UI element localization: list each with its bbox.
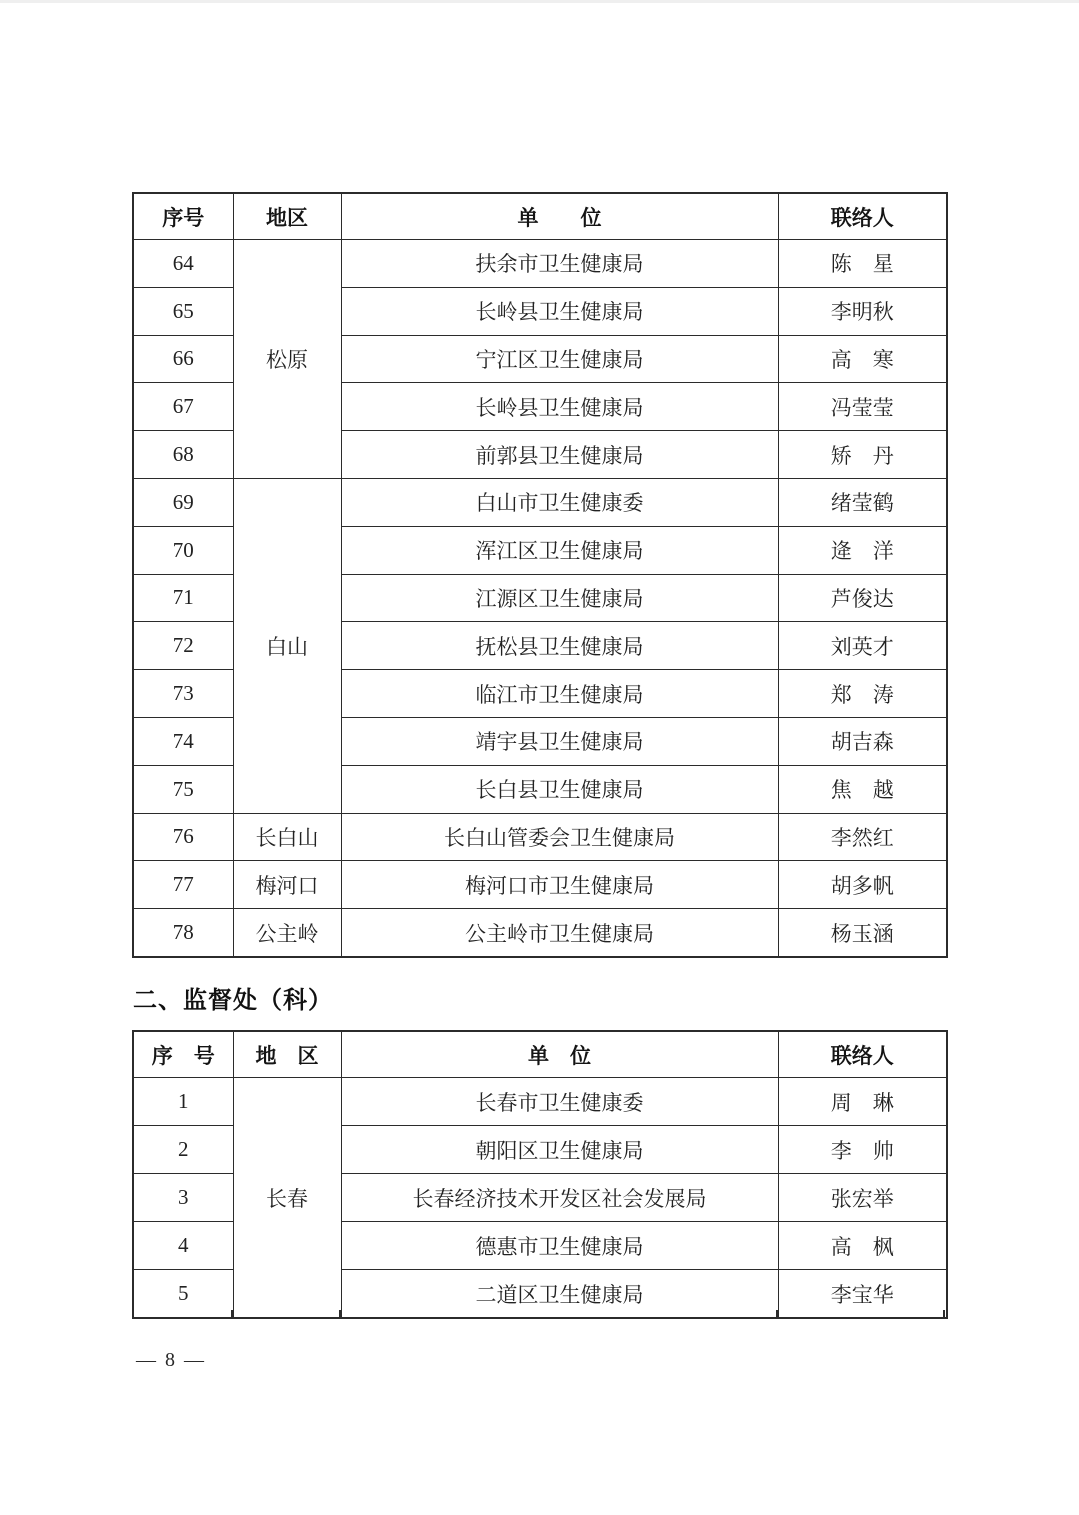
contact-cell: 杨玉涵 <box>778 909 947 957</box>
contact-cell: 张宏举 <box>778 1174 947 1222</box>
contact-cell: 焦 越 <box>778 765 947 813</box>
table-continuation-stub <box>943 1310 945 1317</box>
seq-cell: 73 <box>133 670 233 718</box>
contact-cell: 冯莹莹 <box>778 383 947 431</box>
contact-cell: 逄 洋 <box>778 526 947 574</box>
table-continuation-stub <box>132 1310 134 1317</box>
contact-cell: 李宝华 <box>778 1270 947 1319</box>
seq-cell: 2 <box>133 1126 233 1174</box>
table-continuation-stub <box>231 1310 233 1317</box>
unit-cell: 长岭县卫生健康局 <box>341 287 778 335</box>
unit-cell: 长白山管委会卫生健康局 <box>341 813 778 861</box>
unit-cell: 二道区卫生健康局 <box>341 1270 778 1319</box>
seq-cell: 69 <box>133 478 233 526</box>
header-contact: 联络人 <box>778 1031 947 1078</box>
header-unit: 单 位 <box>341 1031 778 1078</box>
page-number: — 8 — <box>136 1349 206 1372</box>
contact-cell: 胡多帆 <box>778 861 947 909</box>
seq-cell: 68 <box>133 431 233 479</box>
unit-cell: 长岭县卫生健康局 <box>341 383 778 431</box>
contact-cell: 周 琳 <box>778 1078 947 1126</box>
seq-cell: 75 <box>133 765 233 813</box>
seq-cell: 64 <box>133 240 233 288</box>
section-heading: 二、监督处（科） <box>133 980 333 1015</box>
unit-cell: 抚松县卫生健康局 <box>341 622 778 670</box>
contacts-table-section2: 序 号 地 区 单 位 联络人 1 长春 长春市卫生健康委 周 琳 2 朝阳区卫… <box>132 1030 948 1319</box>
contact-cell: 陈 星 <box>778 240 947 288</box>
contact-cell: 高 寒 <box>778 335 947 383</box>
contact-cell: 绪莹鹤 <box>778 478 947 526</box>
seq-cell: 65 <box>133 287 233 335</box>
table-continuation-stub <box>776 1310 778 1317</box>
region-cell: 松原 <box>233 240 341 479</box>
contact-cell: 高 枫 <box>778 1222 947 1270</box>
unit-cell: 前郭县卫生健康局 <box>341 431 778 479</box>
page-top-edge <box>0 0 1079 3</box>
table-header-row: 序 号 地 区 单 位 联络人 <box>133 1031 947 1078</box>
header-unit: 单 位 <box>341 193 778 240</box>
unit-cell: 公主岭市卫生健康局 <box>341 909 778 957</box>
unit-cell: 朝阳区卫生健康局 <box>341 1126 778 1174</box>
unit-cell: 长春市卫生健康委 <box>341 1078 778 1126</box>
unit-cell: 白山市卫生健康委 <box>341 478 778 526</box>
table-row: 77 梅河口 梅河口市卫生健康局 胡多帆 <box>133 861 947 909</box>
unit-cell: 临江市卫生健康局 <box>341 670 778 718</box>
table-row: 78 公主岭 公主岭市卫生健康局 杨玉涵 <box>133 909 947 957</box>
unit-cell: 长春经济技术开发区社会发展局 <box>341 1174 778 1222</box>
header-seq: 序号 <box>133 193 233 240</box>
seq-cell: 71 <box>133 574 233 622</box>
seq-cell: 67 <box>133 383 233 431</box>
region-cell: 长春 <box>233 1078 341 1319</box>
header-seq: 序 号 <box>133 1031 233 1078</box>
contact-cell: 李 帅 <box>778 1126 947 1174</box>
seq-cell: 77 <box>133 861 233 909</box>
region-cell: 白山 <box>233 478 341 813</box>
contact-cell: 矫 丹 <box>778 431 947 479</box>
header-region: 地 区 <box>233 1031 341 1078</box>
unit-cell: 靖宇县卫生健康局 <box>341 717 778 765</box>
document-page: 序号 地区 单 位 联络人 64 松原 扶余市卫生健康局 陈 星 65 长岭县卫… <box>0 0 1079 1515</box>
region-cell: 梅河口 <box>233 861 341 909</box>
seq-cell: 4 <box>133 1222 233 1270</box>
unit-cell: 扶余市卫生健康局 <box>341 240 778 288</box>
seq-cell: 70 <box>133 526 233 574</box>
table-header-row: 序号 地区 单 位 联络人 <box>133 193 947 240</box>
seq-cell: 1 <box>133 1078 233 1126</box>
unit-cell: 德惠市卫生健康局 <box>341 1222 778 1270</box>
seq-cell: 76 <box>133 813 233 861</box>
seq-cell: 74 <box>133 717 233 765</box>
contact-cell: 芦俊达 <box>778 574 947 622</box>
seq-cell: 66 <box>133 335 233 383</box>
header-region: 地区 <box>233 193 341 240</box>
unit-cell: 梅河口市卫生健康局 <box>341 861 778 909</box>
table-row: 76 长白山 长白山管委会卫生健康局 李然红 <box>133 813 947 861</box>
contact-cell: 郑 涛 <box>778 670 947 718</box>
unit-cell: 江源区卫生健康局 <box>341 574 778 622</box>
unit-cell: 浑江区卫生健康局 <box>341 526 778 574</box>
unit-cell: 长白县卫生健康局 <box>341 765 778 813</box>
contact-cell: 李然红 <box>778 813 947 861</box>
unit-cell: 宁江区卫生健康局 <box>341 335 778 383</box>
seq-cell: 78 <box>133 909 233 957</box>
table-row: 64 松原 扶余市卫生健康局 陈 星 <box>133 240 947 288</box>
seq-cell: 3 <box>133 1174 233 1222</box>
contact-cell: 胡吉森 <box>778 717 947 765</box>
contact-cell: 李明秋 <box>778 287 947 335</box>
contact-cell: 刘英才 <box>778 622 947 670</box>
seq-cell: 5 <box>133 1270 233 1319</box>
region-cell: 公主岭 <box>233 909 341 957</box>
table-row: 1 长春 长春市卫生健康委 周 琳 <box>133 1078 947 1126</box>
region-cell: 长白山 <box>233 813 341 861</box>
contacts-table-section1: 序号 地区 单 位 联络人 64 松原 扶余市卫生健康局 陈 星 65 长岭县卫… <box>132 192 948 958</box>
header-contact: 联络人 <box>778 193 947 240</box>
table-row: 69 白山 白山市卫生健康委 绪莹鹤 <box>133 478 947 526</box>
table-continuation-stub <box>339 1310 341 1317</box>
seq-cell: 72 <box>133 622 233 670</box>
